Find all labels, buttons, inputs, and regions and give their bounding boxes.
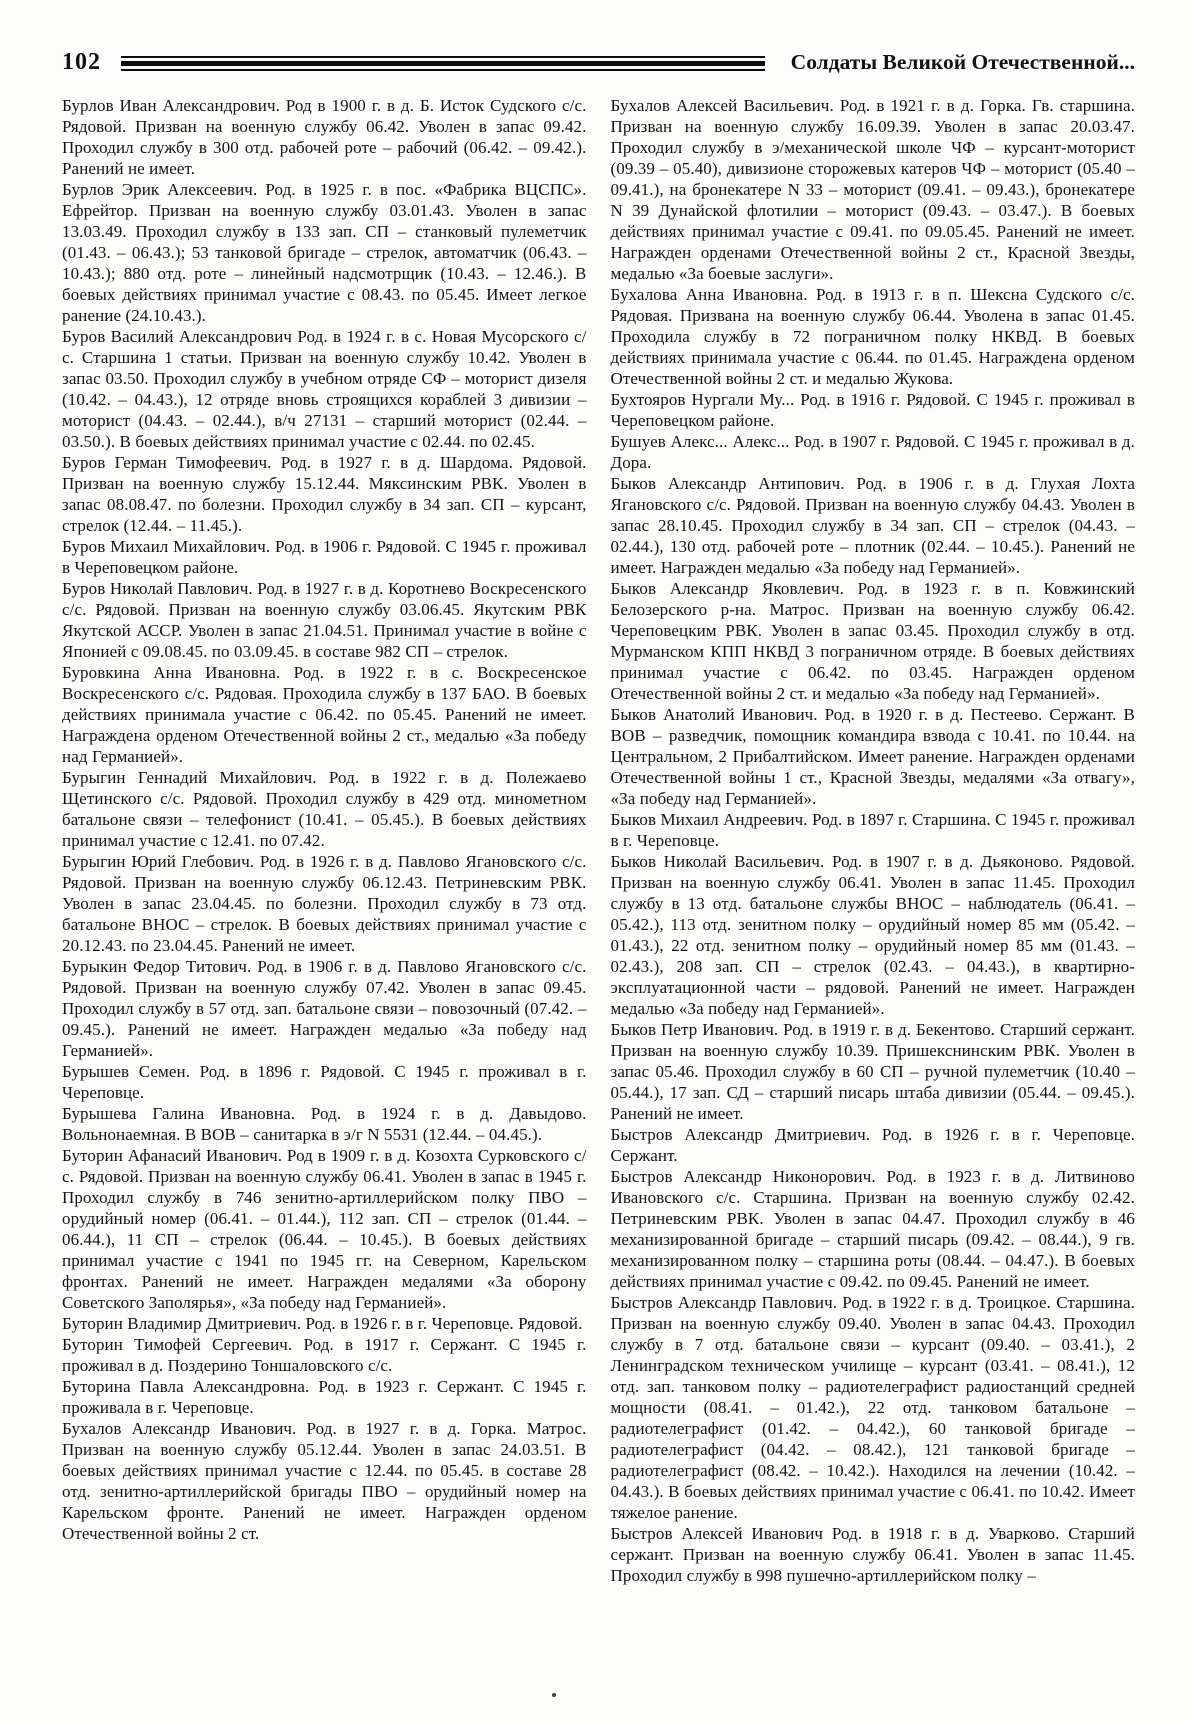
header-rule-top: [121, 56, 765, 58]
soldier-entry: Бурыгин Юрий Глебович. Род. в 1926 г. в …: [62, 851, 587, 956]
soldier-entry: Бухалова Анна Ивановна. Род. в 1913 г. в…: [611, 284, 1136, 389]
right-column: Бухалов Алексей Васильевич. Род. в 1921 …: [611, 95, 1136, 1586]
header-rule: [121, 56, 765, 71]
soldier-entry: Быстров Александр Дмитриевич. Род. в 192…: [611, 1124, 1136, 1166]
soldier-entry: Бурышева Галина Ивановна. Род. в 1924 г.…: [62, 1103, 587, 1145]
text-columns: Бурлов Иван Александрович. Род в 1900 г.…: [62, 95, 1135, 1586]
soldier-entry: Бушуев Алекс... Алекс... Род. в 1907 г. …: [611, 431, 1136, 473]
book-page: 102 Солдаты Великой Отечественной... Бур…: [0, 0, 1191, 1723]
soldier-entry: Быков Петр Иванович. Род. в 1919 г. в д.…: [611, 1019, 1136, 1124]
soldier-entry: Быков Александр Яковлевич. Род. в 1923 г…: [611, 578, 1136, 704]
soldier-entry: Бухтояров Нургали Му... Род. в 1916 г. Р…: [611, 389, 1136, 431]
soldier-entry: Бухалов Александр Иванович. Род. в 1927 …: [62, 1418, 587, 1544]
soldier-entry: Быстров Александр Павлович. Род. в 1922 …: [611, 1292, 1136, 1523]
page-header: 102 Солдаты Великой Отечественной...: [62, 42, 1135, 82]
soldier-entry: Бурлов Иван Александрович. Род в 1900 г.…: [62, 95, 587, 179]
page-number: 102: [62, 49, 101, 76]
soldier-entry: Быков Александр Антипович. Род. в 1906 г…: [611, 473, 1136, 578]
soldier-entry: Буторина Павла Александровна. Род. в 192…: [62, 1376, 587, 1418]
soldier-entry: Буров Василий Александрович Род. в 1924 …: [62, 326, 587, 452]
header-rule-middle: [121, 61, 765, 66]
soldier-entry: Буровкина Анна Ивановна. Род. в 1922 г. …: [62, 662, 587, 767]
soldier-entry: Быстров Александр Никонорович. Род. в 19…: [611, 1166, 1136, 1292]
page-title: Солдаты Великой Отечественной...: [791, 50, 1135, 75]
scan-speck: [552, 1693, 556, 1697]
soldier-entry: Бурыгин Геннадий Михайлович. Род. в 1922…: [62, 767, 587, 851]
header-rule-bottom: [121, 69, 765, 71]
soldier-entry: Бурышев Семен. Род. в 1896 г. Рядовой. С…: [62, 1061, 587, 1103]
soldier-entry: Буров Николай Павлович. Род. в 1927 г. в…: [62, 578, 587, 662]
soldier-entry: Быков Михаил Андреевич. Род. в 1897 г. С…: [611, 809, 1136, 851]
soldier-entry: Быков Николай Васильевич. Род. в 1907 г.…: [611, 851, 1136, 1019]
soldier-entry: Бухалов Алексей Васильевич. Род. в 1921 …: [611, 95, 1136, 284]
soldier-entry: Бурыкин Федор Титович. Род. в 1906 г. в …: [62, 956, 587, 1061]
soldier-entry: Буров Герман Тимофеевич. Род. в 1927 г. …: [62, 452, 587, 536]
soldier-entry: Бурлов Эрик Алексеевич. Род. в 1925 г. в…: [62, 179, 587, 326]
left-column: Бурлов Иван Александрович. Род в 1900 г.…: [62, 95, 587, 1586]
soldier-entry: Буров Михаил Михайлович. Род. в 1906 г. …: [62, 536, 587, 578]
soldier-entry: Буторин Владимир Дмитриевич. Род. в 1926…: [62, 1313, 587, 1334]
soldier-entry: Быстров Алексей Иванович Род. в 1918 г. …: [611, 1523, 1136, 1586]
soldier-entry: Буторин Афанасий Иванович. Род в 1909 г.…: [62, 1145, 587, 1313]
soldier-entry: Буторин Тимофей Сергеевич. Род. в 1917 г…: [62, 1334, 587, 1376]
soldier-entry: Быков Анатолий Иванович. Род. в 1920 г. …: [611, 704, 1136, 809]
